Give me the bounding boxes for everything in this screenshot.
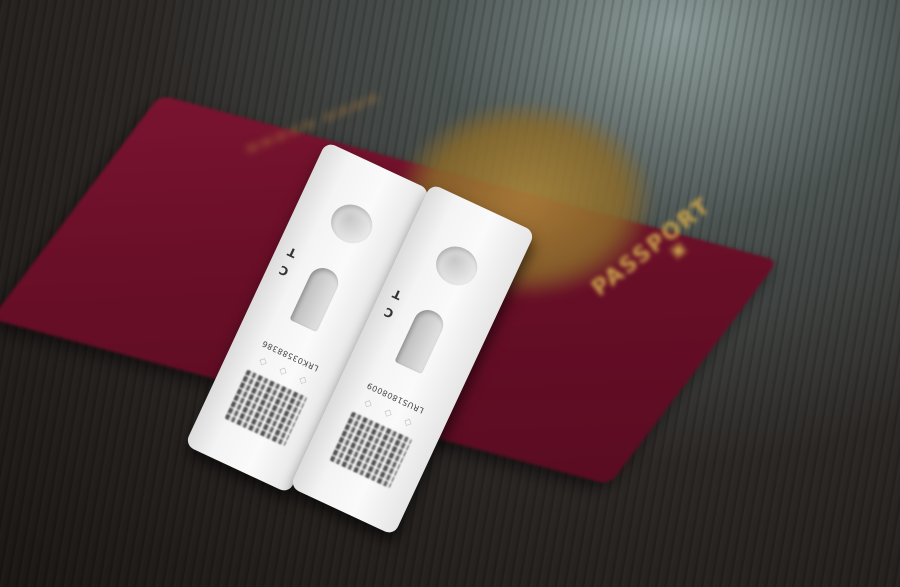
arrow-icon: ◇ — [380, 407, 395, 421]
arrow-icon: ◇ — [360, 397, 375, 411]
result-window — [394, 305, 447, 374]
control-line-label: C — [382, 304, 396, 320]
arrow-icon: ◇ — [400, 416, 415, 430]
sample-well — [430, 240, 484, 292]
arrow-icon: ◇ — [295, 374, 310, 388]
sample-well — [325, 198, 379, 250]
test-line-label: T — [390, 286, 403, 302]
arrow-icon: ◇ — [255, 355, 270, 369]
test-line-label: T — [285, 244, 298, 260]
result-window — [289, 263, 342, 332]
control-line-label: C — [277, 262, 291, 278]
arrow-icon: ◇ — [275, 365, 290, 379]
